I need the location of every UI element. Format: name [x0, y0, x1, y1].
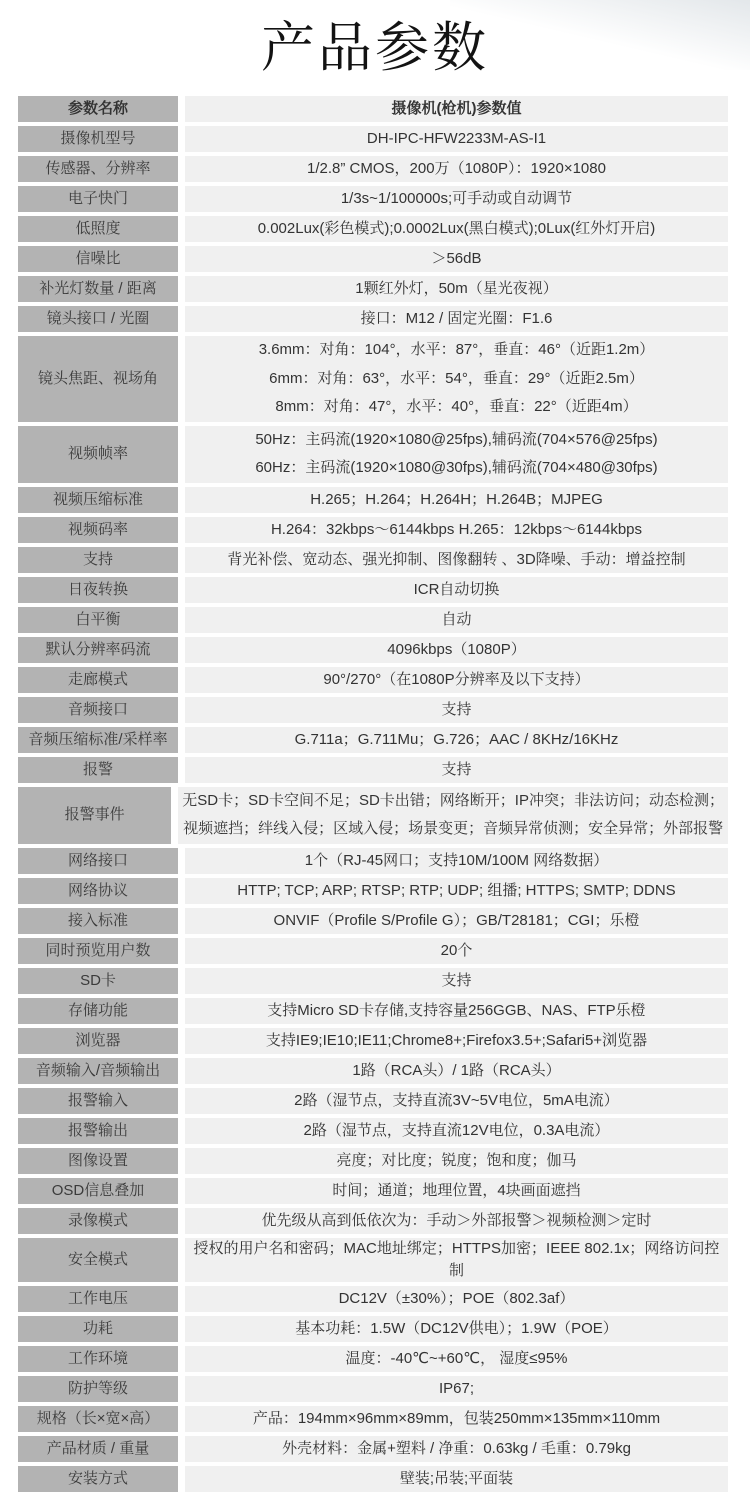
param-value-cell: DH-IPC-HFW2233M-AS-I1	[185, 126, 728, 152]
param-value-cell: 0.002Lux(彩色模式);0.0002Lux(黑白模式);0Lux(红外灯开…	[185, 216, 728, 242]
param-value-text: 2路（湿节点，支持直流12V电位，0.3A电流）	[304, 1120, 610, 1142]
param-value-cell: ONVIF（Profile S/Profile G）；GB/T28181；CGI…	[185, 908, 728, 934]
param-name-cell: 报警事件	[18, 787, 171, 844]
param-name-cell: 报警输入	[18, 1088, 178, 1114]
param-value-cell: 1/2.8” CMOS，200万（1080P）：1920×1080	[185, 156, 728, 182]
param-name-cell: 录像模式	[18, 1208, 178, 1234]
param-value-cell: 接口：M12 / 固定光圈：F1.6	[185, 306, 728, 332]
param-name-cell: 音频压缩标准/采样率	[18, 727, 178, 753]
table-row: 信噪比 ＞56dB	[18, 246, 728, 272]
param-value-text: 外壳材料：金属+塑料 / 净重：0.63kg / 毛重：0.79kg	[282, 1438, 631, 1460]
table-row: SD卡 支持	[18, 968, 728, 994]
param-value-cell: 支持	[185, 757, 728, 783]
table-row: 视频码率 H.264：32kbps～6144kbps H.265：12kbps～…	[18, 517, 728, 543]
table-row: 同时预览用户数 20个	[18, 938, 728, 964]
table-row: 支持 背光补偿、宽动态、强光抑制、图像翻转 、3D降噪、手动：增益控制	[18, 547, 728, 573]
param-name-cell: 传感器、分辨率	[18, 156, 178, 182]
param-name-cell: 补光灯数量 / 距离	[18, 276, 178, 302]
param-value-text: 1颗红外灯，50m（星光夜视）	[355, 278, 558, 300]
param-value-text: 亮度；对比度；锐度；饱和度；伽马	[336, 1150, 576, 1172]
param-value-cell: 温度：-40℃~+60℃， 湿度≤95%	[185, 1346, 728, 1372]
param-value-text: 授权的用户名和密码；MAC地址绑定；HTTPS加密；IEEE 802.1x；网络…	[189, 1238, 724, 1282]
header-param-name: 参数名称	[18, 96, 178, 122]
param-name-cell: 图像设置	[18, 1148, 178, 1174]
table-row: 防护等级 IP67;	[18, 1376, 728, 1402]
table-row: 音频压缩标准/采样率 G.711a；G.711Mu；G.726；AAC / 8K…	[18, 727, 728, 753]
spec-table: 参数名称 摄像机(枪机)参数值 摄像机型号 DH-IPC-HFW2233M-AS…	[18, 96, 728, 1492]
param-value-cell: 3.6mm：对角：104°，水平：87°，垂直：46°（近距1.2m）6mm：对…	[185, 336, 728, 422]
table-row: 报警事件 无SD卡；SD卡空间不足；SD卡出错；网络断开；IP冲突；非法访问；动…	[18, 787, 728, 844]
param-value-text: 支持IE9;IE10;IE11;Chrome8+;Firefox3.5+;Saf…	[266, 1030, 647, 1052]
param-value-text: 20个	[441, 940, 473, 962]
param-value-text: IP67;	[439, 1378, 474, 1400]
param-value-cell: 支持IE9;IE10;IE11;Chrome8+;Firefox3.5+;Saf…	[185, 1028, 728, 1054]
param-value-cell: 1颗红外灯，50m（星光夜视）	[185, 276, 728, 302]
table-row: 规格（长×宽×高） 产品：194mm×96mm×89mm，包装250mm×135…	[18, 1406, 728, 1432]
param-value-text: 时间；通道；地理位置，4块画面遮挡	[332, 1180, 580, 1202]
param-value-cell: IP67;	[185, 1376, 728, 1402]
param-value-text: 接口：M12 / 固定光圈：F1.6	[361, 308, 553, 330]
param-value-cell: 90°/270°（在1080P分辨率及以下支持）	[185, 667, 728, 693]
param-value-text: ONVIF（Profile S/Profile G）；GB/T28181；CGI…	[274, 910, 640, 932]
param-value-cell: H.265；H.264；H.264H；H.264B；MJPEG	[185, 487, 728, 513]
table-row: 接入标准 ONVIF（Profile S/Profile G）；GB/T2818…	[18, 908, 728, 934]
param-value-cell: 支持	[185, 697, 728, 723]
param-name-cell: 信噪比	[18, 246, 178, 272]
param-value-cell: 亮度；对比度；锐度；饱和度；伽马	[185, 1148, 728, 1174]
param-name-cell: 走廊模式	[18, 667, 178, 693]
param-value-text: 自动	[441, 609, 471, 631]
param-value-line: 视频遮挡；绊线入侵；区域入侵；场景变更；音频异常侦测；安全异常；外部报警	[183, 815, 723, 844]
param-name-cell: SD卡	[18, 968, 178, 994]
table-row: 电子快门 1/3s~1/100000s;可手动或自动调节	[18, 186, 728, 212]
table-row: 工作环境 温度：-40℃~+60℃， 湿度≤95%	[18, 1346, 728, 1372]
table-row: 白平衡 自动	[18, 607, 728, 633]
param-value-cell: 支持Micro SD卡存储,支持容量256GGB、NAS、FTP乐橙	[185, 998, 728, 1024]
param-name-cell: 视频帧率	[18, 426, 178, 483]
param-value-text: 4096kbps（1080P）	[387, 639, 525, 661]
param-name-cell: 音频接口	[18, 697, 178, 723]
param-name-cell: 视频码率	[18, 517, 178, 543]
param-value-text: ＞56dB	[431, 248, 481, 270]
table-row: 传感器、分辨率 1/2.8” CMOS，200万（1080P）：1920×108…	[18, 156, 728, 182]
table-row: 报警输出 2路（湿节点，支持直流12V电位，0.3A电流）	[18, 1118, 728, 1144]
param-name-cell: OSD信息叠加	[18, 1178, 178, 1204]
param-value-text: 温度：-40℃~+60℃， 湿度≤95%	[346, 1348, 568, 1370]
table-row: 产品材质 / 重量 外壳材料：金属+塑料 / 净重：0.63kg / 毛重：0.…	[18, 1436, 728, 1462]
param-name-cell: 存储功能	[18, 998, 178, 1024]
param-name-cell: 电子快门	[18, 186, 178, 212]
param-value-line: 6mm：对角：63°，水平：54°，垂直：29°（近距2.5m）	[269, 365, 644, 394]
param-name-cell: 网络协议	[18, 878, 178, 904]
param-value-text: 基本功耗：1.5W（DC12V供电）；1.9W（POE）	[295, 1318, 618, 1340]
param-value-text: H.265；H.264；H.264H；H.264B；MJPEG	[310, 489, 603, 511]
page-title: 产品参数	[0, 0, 750, 94]
product-spec-page: 产品参数 参数名称 摄像机(枪机)参数值 摄像机型号 DH-IPC-HFW223…	[0, 0, 750, 1496]
param-value-text: ICR自动切换	[414, 579, 500, 601]
table-row: 工作电压 DC12V（±30%）；POE（802.3af）	[18, 1286, 728, 1312]
param-name-cell: 网络接口	[18, 848, 178, 874]
param-value-text: 0.002Lux(彩色模式);0.0002Lux(黑白模式);0Lux(红外灯开…	[258, 218, 656, 240]
param-value-cell: 支持	[185, 968, 728, 994]
param-name-cell: 接入标准	[18, 908, 178, 934]
param-value-cell: 1个（RJ-45网口；支持10M/100M 网络数据）	[185, 848, 728, 874]
param-value-cell: 外壳材料：金属+塑料 / 净重：0.63kg / 毛重：0.79kg	[185, 1436, 728, 1462]
param-name-cell: 工作环境	[18, 1346, 178, 1372]
header-param-value-text: 摄像机(枪机)参数值	[392, 98, 522, 120]
param-name-cell: 工作电压	[18, 1286, 178, 1312]
table-row: 镜头焦距、视场角 3.6mm：对角：104°，水平：87°，垂直：46°（近距1…	[18, 336, 728, 422]
param-name-cell: 默认分辨率码流	[18, 637, 178, 663]
param-value-line: 3.6mm：对角：104°，水平：87°，垂直：46°（近距1.2m）	[259, 336, 655, 365]
param-value-text: 1/3s~1/100000s;可手动或自动调节	[341, 188, 572, 210]
param-name-cell: 安装方式	[18, 1466, 178, 1492]
param-value-text: 90°/270°（在1080P分辨率及以下支持）	[323, 669, 589, 691]
table-row: 报警 支持	[18, 757, 728, 783]
param-value-cell: 无SD卡；SD卡空间不足；SD卡出错；网络断开；IP冲突；非法访问；动态检测；视…	[178, 787, 728, 844]
param-name-cell: 低照度	[18, 216, 178, 242]
param-value-text: 背光补偿、宽动态、强光抑制、图像翻转 、3D降噪、手动：增益控制	[227, 549, 685, 571]
param-value-cell: ＞56dB	[185, 246, 728, 272]
param-value-cell: 产品：194mm×96mm×89mm，包装250mm×135mm×110mm	[185, 1406, 728, 1432]
param-value-cell: 基本功耗：1.5W（DC12V供电）；1.9W（POE）	[185, 1316, 728, 1342]
param-value-cell: 2路（湿节点，支持直流12V电位，0.3A电流）	[185, 1118, 728, 1144]
param-value-text: 1路（RCA头）/ 1路（RCA头）	[352, 1060, 560, 1082]
param-value-cell: 背光补偿、宽动态、强光抑制、图像翻转 、3D降噪、手动：增益控制	[185, 547, 728, 573]
table-row: 音频接口 支持	[18, 697, 728, 723]
table-row: 网络协议 HTTP; TCP; ARP; RTSP; RTP; UDP; 组播;…	[18, 878, 728, 904]
param-value-text: 2路（湿节点，支持直流3V~5V电位，5mA电流）	[294, 1090, 619, 1112]
param-value-text: DC12V（±30%）；POE（802.3af）	[339, 1288, 575, 1310]
param-value-cell: G.711a；G.711Mu；G.726；AAC / 8KHz/16KHz	[185, 727, 728, 753]
param-name-cell: 安全模式	[18, 1238, 178, 1282]
table-row: 网络接口 1个（RJ-45网口；支持10M/100M 网络数据）	[18, 848, 728, 874]
table-row: 报警输入 2路（湿节点，支持直流3V~5V电位，5mA电流）	[18, 1088, 728, 1114]
param-name-cell: 音频输入/音频输出	[18, 1058, 178, 1084]
param-value-cell: 授权的用户名和密码；MAC地址绑定；HTTPS加密；IEEE 802.1x；网络…	[185, 1238, 728, 1282]
param-name-cell: 规格（长×宽×高）	[18, 1406, 178, 1432]
table-row: 镜头接口 / 光圈 接口：M12 / 固定光圈：F1.6	[18, 306, 728, 332]
param-name-cell: 浏览器	[18, 1028, 178, 1054]
param-value-cell: 1/3s~1/100000s;可手动或自动调节	[185, 186, 728, 212]
param-name-cell: 支持	[18, 547, 178, 573]
param-value-cell: 优先级从高到低依次为：手动＞外部报警＞视频检测＞定时	[185, 1208, 728, 1234]
table-row: 功耗 基本功耗：1.5W（DC12V供电）；1.9W（POE）	[18, 1316, 728, 1342]
header-param-value: 摄像机(枪机)参数值	[185, 96, 728, 122]
param-value-text: 支持	[441, 699, 471, 721]
table-row: 摄像机型号 DH-IPC-HFW2233M-AS-I1	[18, 126, 728, 152]
table-row: 安全模式 授权的用户名和密码；MAC地址绑定；HTTPS加密；IEEE 802.…	[18, 1238, 728, 1282]
table-body: 摄像机型号 DH-IPC-HFW2233M-AS-I1 传感器、分辨率 1/2.…	[18, 126, 728, 1492]
table-row: 录像模式 优先级从高到低依次为：手动＞外部报警＞视频检测＞定时	[18, 1208, 728, 1234]
table-header-row: 参数名称 摄像机(枪机)参数值	[18, 96, 728, 122]
table-row: 默认分辨率码流 4096kbps（1080P）	[18, 637, 728, 663]
param-value-cell: 时间；通道；地理位置，4块画面遮挡	[185, 1178, 728, 1204]
param-name-cell: 白平衡	[18, 607, 178, 633]
table-row: 视频压缩标准 H.265；H.264；H.264H；H.264B；MJPEG	[18, 487, 728, 513]
param-value-line: 50Hz：主码流(1920×1080@25fps),辅码流(704×576@25…	[255, 426, 657, 455]
param-value-text: 支持Micro SD卡存储,支持容量256GGB、NAS、FTP乐橙	[267, 1000, 645, 1022]
table-row: OSD信息叠加 时间；通道；地理位置，4块画面遮挡	[18, 1178, 728, 1204]
table-row: 低照度 0.002Lux(彩色模式);0.0002Lux(黑白模式);0Lux(…	[18, 216, 728, 242]
param-value-text: G.711a；G.711Mu；G.726；AAC / 8KHz/16KHz	[295, 729, 619, 751]
param-name-cell: 日夜转换	[18, 577, 178, 603]
param-value-text: 产品：194mm×96mm×89mm，包装250mm×135mm×110mm	[253, 1408, 660, 1430]
param-value-text: 壁装;吊装;平面装	[400, 1468, 513, 1490]
param-name-cell: 镜头接口 / 光圈	[18, 306, 178, 332]
param-value-cell: 4096kbps（1080P）	[185, 637, 728, 663]
param-value-text: 1/2.8” CMOS，200万（1080P）：1920×1080	[307, 158, 606, 180]
param-value-cell: 50Hz：主码流(1920×1080@25fps),辅码流(704×576@25…	[185, 426, 728, 483]
param-value-text: H.264：32kbps～6144kbps H.265：12kbps～6144k…	[271, 519, 642, 541]
param-value-cell: 2路（湿节点，支持直流3V~5V电位，5mA电流）	[185, 1088, 728, 1114]
param-value-text: 1个（RJ-45网口；支持10M/100M 网络数据）	[305, 850, 608, 872]
param-value-cell: 自动	[185, 607, 728, 633]
table-row: 走廊模式 90°/270°（在1080P分辨率及以下支持）	[18, 667, 728, 693]
table-row: 存储功能 支持Micro SD卡存储,支持容量256GGB、NAS、FTP乐橙	[18, 998, 728, 1024]
param-value-cell: 1路（RCA头）/ 1路（RCA头）	[185, 1058, 728, 1084]
param-value-cell: DC12V（±30%）；POE（802.3af）	[185, 1286, 728, 1312]
table-row: 日夜转换 ICR自动切换	[18, 577, 728, 603]
param-name-cell: 同时预览用户数	[18, 938, 178, 964]
table-row: 图像设置 亮度；对比度；锐度；饱和度；伽马	[18, 1148, 728, 1174]
param-value-text: 支持	[441, 759, 471, 781]
param-name-cell: 报警输出	[18, 1118, 178, 1144]
param-name-cell: 视频压缩标准	[18, 487, 178, 513]
table-row: 安装方式 壁装;吊装;平面装	[18, 1466, 728, 1492]
param-value-text: 支持	[441, 970, 471, 992]
param-name-cell: 功耗	[18, 1316, 178, 1342]
table-row: 音频输入/音频输出 1路（RCA头）/ 1路（RCA头）	[18, 1058, 728, 1084]
table-row: 视频帧率 50Hz：主码流(1920×1080@25fps),辅码流(704×5…	[18, 426, 728, 483]
param-value-cell: 20个	[185, 938, 728, 964]
param-name-cell: 产品材质 / 重量	[18, 1436, 178, 1462]
param-value-line: 8mm：对角：47°，水平：40°，垂直：22°（近距4m）	[275, 393, 637, 422]
param-name-cell: 镜头焦距、视场角	[18, 336, 178, 422]
param-value-cell: HTTP; TCP; ARP; RTSP; RTP; UDP; 组播; HTTP…	[185, 878, 728, 904]
table-row: 浏览器 支持IE9;IE10;IE11;Chrome8+;Firefox3.5+…	[18, 1028, 728, 1054]
param-value-line: 无SD卡；SD卡空间不足；SD卡出错；网络断开；IP冲突；非法访问；动态检测；	[182, 787, 724, 816]
param-name-cell: 摄像机型号	[18, 126, 178, 152]
param-value-text: 优先级从高到低依次为：手动＞外部报警＞视频检测＞定时	[261, 1210, 651, 1232]
param-value-text: DH-IPC-HFW2233M-AS-I1	[367, 128, 546, 150]
param-name-cell: 报警	[18, 757, 178, 783]
param-name-cell: 防护等级	[18, 1376, 178, 1402]
param-value-text: HTTP; TCP; ARP; RTSP; RTP; UDP; 组播; HTTP…	[237, 880, 675, 902]
param-value-line: 60Hz：主码流(1920×1080@30fps),辅码流(704×480@30…	[255, 454, 657, 483]
param-value-cell: 壁装;吊装;平面装	[185, 1466, 728, 1492]
table-row: 补光灯数量 / 距离 1颗红外灯，50m（星光夜视）	[18, 276, 728, 302]
param-value-cell: H.264：32kbps～6144kbps H.265：12kbps～6144k…	[185, 517, 728, 543]
param-value-cell: ICR自动切换	[185, 577, 728, 603]
